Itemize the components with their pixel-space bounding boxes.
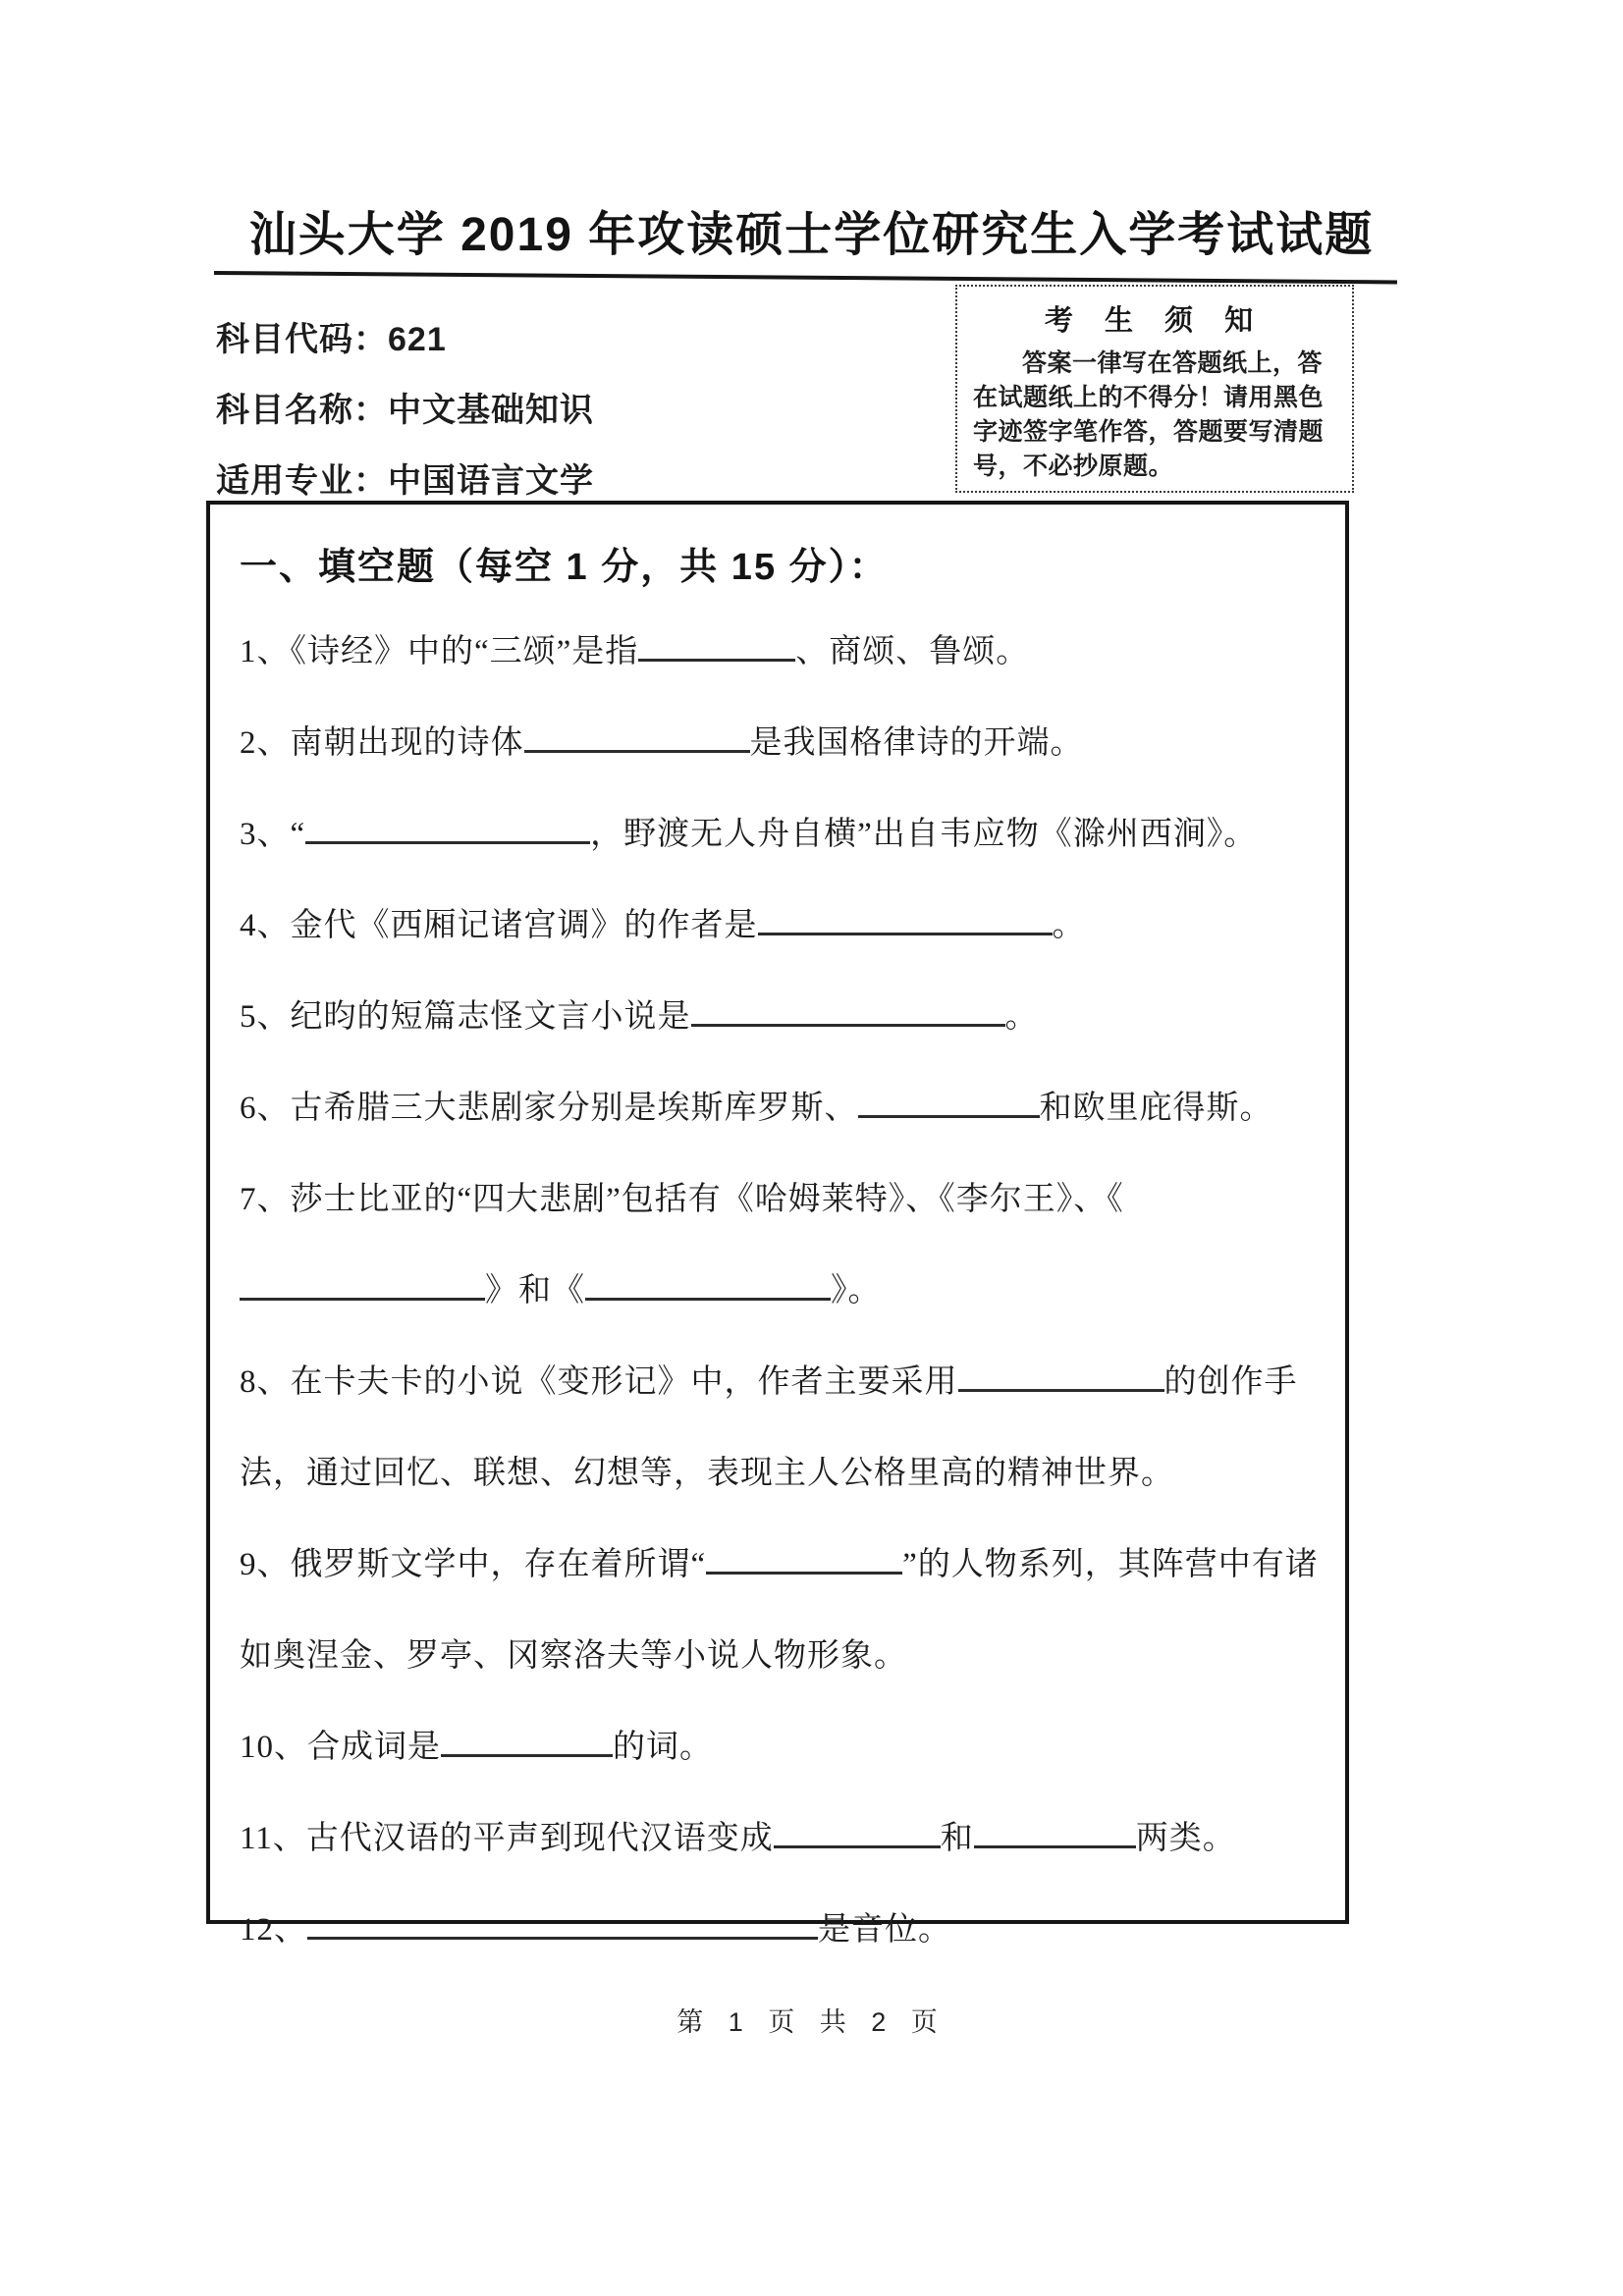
question-text: 7、莎士比亚的“四大悲剧”包括有《哈姆莱特》、《李尔王》、《 [240, 1182, 1124, 1217]
question-text: 11、古代汉语的平声到现代汉语变成 [240, 1821, 774, 1856]
question-text: 是音位。 [818, 1912, 951, 1948]
question-text: 6、古希腊三大悲剧家分别是埃斯库罗斯、 [240, 1091, 858, 1126]
fill-in-blank [240, 1270, 485, 1301]
question-list: 1、《诗经》中的“三颂”是指、商颂、鲁颂。2、南朝出现的诗体是我国格律诗的开端。… [240, 607, 1325, 1976]
question-text: 10、合成词是 [240, 1730, 441, 1765]
fill-in-blank [691, 996, 1005, 1027]
section-heading: 一、填空题（每空 1 分，共 15 分）： [240, 528, 1325, 607]
subject-meta: 科目代码：621 科目名称：中文基础知识 适用专业：中国语言文学 [216, 304, 594, 516]
fill-in-blank [974, 1818, 1136, 1848]
title-underline [214, 271, 1397, 284]
question: 6、古希腊三大悲剧家分别是埃斯库罗斯、和欧里庇得斯。 [240, 1063, 1325, 1154]
question-text: ，野渡无人舟自横”出自韦应物《滁州西涧》。 [590, 817, 1257, 852]
subject-code-row: 科目代码：621 [216, 304, 594, 375]
question: 12、是音位。 [240, 1885, 1325, 1976]
question-text: 2、南朝出现的诗体 [240, 725, 524, 761]
subject-code-value: 621 [388, 321, 447, 358]
question: 7、莎士比亚的“四大悲剧”包括有《哈姆莱特》、《李尔王》、《》和《》。 [240, 1154, 1325, 1337]
page-title: 汕头大学 2019 年攻读硕士学位研究生入学考试试题 [0, 196, 1623, 264]
subject-name-value: 中文基础知识 [388, 392, 594, 429]
question: 4、金代《西厢记诸宫调》的作者是。 [240, 881, 1325, 972]
question-text: 8、在卡夫卡的小说《变形记》中，作者主要采用 [240, 1364, 958, 1400]
fill-in-blank [706, 1544, 902, 1575]
question: 8、在卡夫卡的小说《变形记》中，作者主要采用的创作手法，通过回忆、联想、幻想等，… [240, 1337, 1325, 1520]
question: 1、《诗经》中的“三颂”是指、商颂、鲁颂。 [240, 607, 1325, 698]
question-text: 》和《 [485, 1273, 585, 1308]
fill-in-blank [585, 1270, 831, 1301]
question: 11、古代汉语的平声到现代汉语变成和两类。 [240, 1793, 1325, 1885]
question: 2、南朝出现的诗体是我国格律诗的开端。 [240, 698, 1325, 789]
page-footer: 第 1 页 共 2 页 [0, 2001, 1623, 2039]
fill-in-blank [441, 1727, 613, 1757]
question-text: 1、《诗经》中的“三颂”是指 [240, 634, 638, 669]
question-text: 4、金代《西厢记诸宫调》的作者是 [240, 908, 758, 943]
question-text: 是我国格律诗的开端。 [750, 725, 1084, 761]
subject-name-row: 科目名称：中文基础知识 [216, 375, 594, 446]
question-text: 5、纪昀的短篇志怪文言小说是 [240, 999, 691, 1035]
fill-in-blank [305, 814, 590, 844]
question-section-box: 一、填空题（每空 1 分，共 15 分）： 1、《诗经》中的“三颂”是指、商颂、… [206, 501, 1349, 1924]
question: 9、俄罗斯文学中，存在着所谓“”的人物系列，其阵营中有诸如奥涅金、罗亭、冈察洛夫… [240, 1520, 1325, 1702]
fill-in-blank [758, 905, 1053, 935]
question-text: 9、俄罗斯文学中，存在着所谓“ [240, 1547, 706, 1582]
candidate-notice-box: 考 生 须 知 答案一律写在答题纸上，答在试题纸上的不得分！请用黑色字迹签字笔作… [955, 285, 1354, 493]
question-text: 、商颂、鲁颂。 [795, 634, 1029, 669]
fill-in-blank [858, 1088, 1040, 1118]
fill-in-blank [958, 1362, 1164, 1392]
major-value: 中国语言文学 [388, 462, 594, 500]
fill-in-blank [307, 1909, 818, 1940]
question-text: 两类。 [1136, 1821, 1236, 1856]
fill-in-blank [638, 631, 795, 662]
fill-in-blank [774, 1818, 941, 1848]
major-label: 适用专业： [216, 462, 388, 500]
question-text: 》。 [831, 1273, 882, 1308]
question-text: 的词。 [613, 1730, 713, 1765]
subject-code-label: 科目代码： [216, 321, 388, 358]
notice-body: 答案一律写在答题纸上，答在试题纸上的不得分！请用黑色字迹签字笔作答，答题要写清题… [973, 347, 1336, 484]
question-text: 和欧里庇得斯。 [1040, 1091, 1273, 1126]
question: 5、纪昀的短篇志怪文言小说是。 [240, 972, 1325, 1063]
subject-name-label: 科目名称： [216, 392, 388, 429]
exam-paper-page: 汕头大学 2019 年攻读硕士学位研究生入学考试试题 科目代码：621 科目名称… [0, 0, 1623, 2296]
question-text: 。 [1005, 999, 1039, 1035]
question-text: 12、 [240, 1912, 307, 1948]
question-text: 和 [941, 1821, 974, 1856]
question: 3、“，野渡无人舟自横”出自韦应物《滁州西涧》。 [240, 789, 1325, 881]
fill-in-blank [524, 722, 750, 753]
question-text: 3、“ [240, 817, 305, 852]
question: 10、合成词是的词。 [240, 1702, 1325, 1793]
question-text: 。 [1053, 908, 1086, 943]
notice-title: 考 生 须 知 [973, 298, 1336, 339]
